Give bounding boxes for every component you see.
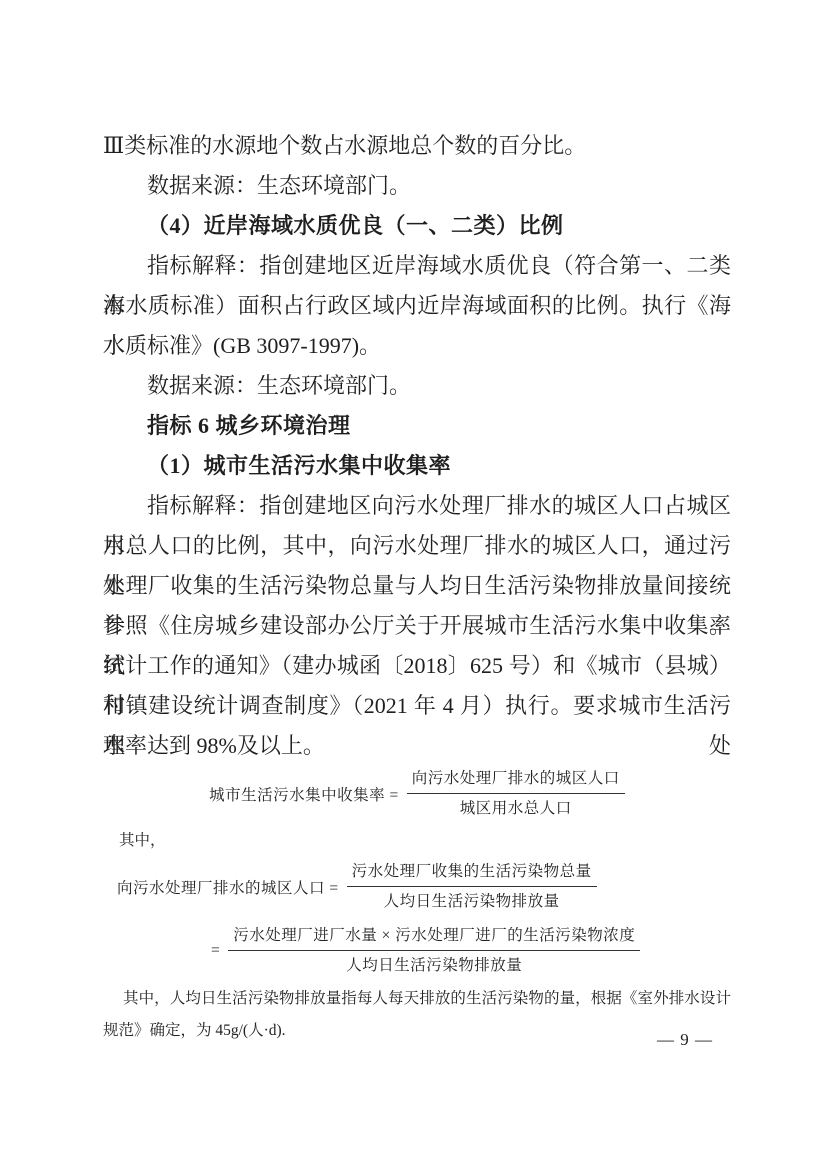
section-heading-4: （4）近岸海域水质优良（一、二类）比例 [103,206,731,246]
numerator: 污水处理厂进厂水量 × 污水处理厂进厂的生活污染物浓度 [228,925,640,951]
text-line: 参照《住房城乡建设部办公厅关于开展城市生活污水集中收集率试 [103,606,731,646]
footnote-line: 其中，人均日生活污染物排放量指每人每天排放的生活污染物的量，根据《室外排水设计 [103,983,731,1015]
formula-draining-population: 向污水处理厂排水的城区人口 = 污水处理厂收集的生活污染物总量 人均日生活污染物… [103,861,731,912]
text-line: 处理厂收集的生活污染物总量与人均日生活污染物排放量间接统计。 [103,566,731,606]
data-source-line: 数据来源：生态环境部门。 [103,166,731,206]
numerator: 污水处理厂收集的生活污染物总量 [347,861,597,887]
interjection-label: 其中， [103,830,731,852]
data-source-line: 数据来源：生态环境部门。 [103,366,731,406]
denominator: 人均日生活污染物排放量 [384,887,560,912]
text-line: 水水质标准）面积占行政区域内近岸海域面积的比例。执行《海水 [103,286,731,326]
text-line: 水质标准》(GB 3097-1997)。 [103,326,731,366]
text-line: 统计工作的通知》（建办城函〔2018〕625 号）和《城市（县城）和 [103,646,731,686]
text-line: 指标解释：指创建地区近岸海域水质优良（符合第一、二类海 [103,246,731,286]
denominator: 人均日生活污染物排放量 [346,951,522,976]
text-line: Ⅲ类标准的水源地个数占水源地总个数的百分比。 [103,126,731,166]
fraction: 污水处理厂收集的生活污染物总量 人均日生活污染物排放量 [347,861,597,912]
footnote: 其中，人均日生活污染物排放量指每人每天排放的生活污染物的量，根据《室外排水设计 … [103,983,731,1047]
denominator: 城区用水总人口 [460,794,572,819]
page-number: — 9 — [640,1028,730,1052]
fraction: 向污水处理厂排水的城区人口 城区用水总人口 [407,768,625,819]
formula-lhs: 城市生活污水集中收集率 = [209,783,399,805]
numerator: 向污水处理厂排水的城区人口 [407,768,625,794]
formula-collection-rate: 城市生活污水集中收集率 = 向污水处理厂排水的城区人口 城区用水总人口 [103,768,731,819]
text-line: 村镇建设统计调查制度》（2021 年 4 月）执行。要求城市生活污水处 [103,686,731,726]
footnote-line: 规范》确定，为 45g/(人·d). [103,1015,731,1047]
formula-expanded: = 污水处理厂进厂水量 × 污水处理厂进厂的生活污染物浓度 人均日生活污染物排放… [103,925,731,976]
text-line: 水总人口的比例，其中，向污水处理厂排水的城区人口，通过污水 [103,526,731,566]
text-line: 指标解释：指创建地区向污水处理厂排水的城区人口占城区用 [103,486,731,526]
formula-equals-sign: = [211,942,220,960]
formula-lhs: 向污水处理厂排水的城区人口 = [117,876,339,898]
section-heading-1: （1）城市生活污水集中收集率 [103,446,731,486]
document-page: Ⅲ类标准的水源地个数占水源地总个数的百分比。 数据来源：生态环境部门。 （4）近… [0,0,826,1169]
document-body: Ⅲ类标准的水源地个数占水源地总个数的百分比。 数据来源：生态环境部门。 （4）近… [103,126,731,1047]
fraction: 污水处理厂进厂水量 × 污水处理厂进厂的生活污染物浓度 人均日生活污染物排放量 [228,925,640,976]
indicator-heading-6: 指标 6 城乡环境治理 [103,406,731,446]
